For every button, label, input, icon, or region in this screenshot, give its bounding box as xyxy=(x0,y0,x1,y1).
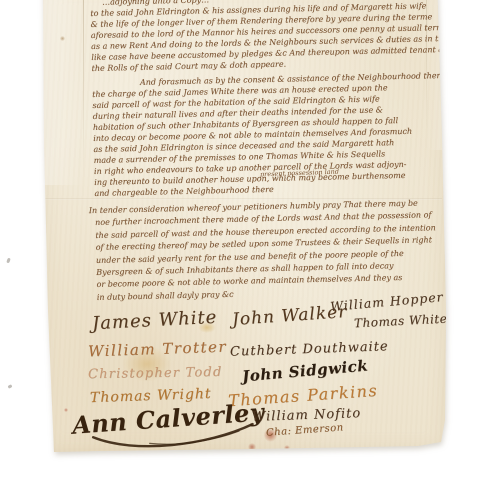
dust-speck xyxy=(8,384,13,389)
red-spot xyxy=(64,408,68,412)
left-fold-crease xyxy=(83,0,84,175)
petition-text-block: …adjoyning unto a Copy… to the said John… xyxy=(90,0,449,304)
document-photo: …adjoyning unto a Copy… to the said John… xyxy=(0,0,500,500)
manuscript-paper: …adjoyning unto a Copy… to the said John… xyxy=(38,0,450,455)
paper-sheet-wrap: …adjoyning unto a Copy… to the said John… xyxy=(38,0,450,455)
petition-paragraph-1: …adjoyning unto a Copy… to the said John… xyxy=(90,0,444,74)
petition-paragraph-2: And forasmuch as by the consent & assist… xyxy=(92,70,447,199)
left-fold-highlight xyxy=(43,0,83,185)
brown-speck xyxy=(60,36,65,41)
dust-speck xyxy=(6,258,11,264)
signature-christopher-todd: Christopher Todd xyxy=(88,365,223,382)
petition-paragraph-3: In tender consideration whereof your pet… xyxy=(95,197,449,304)
red-spot xyxy=(284,445,290,451)
